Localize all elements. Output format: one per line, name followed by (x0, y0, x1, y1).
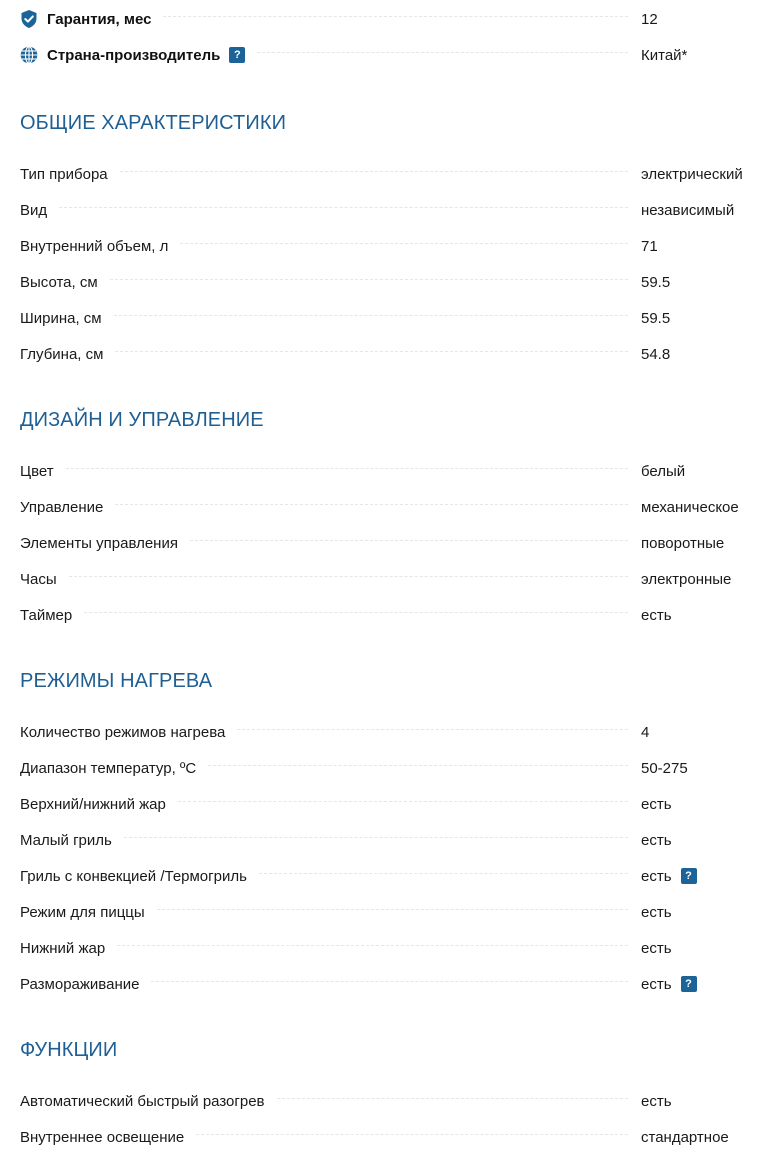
spec-row: Малый грильесть (20, 822, 762, 858)
spec-value: механическое (641, 499, 739, 516)
spec-value-text: 59.5 (641, 274, 670, 291)
spec-value-text: стандартное (641, 1129, 729, 1146)
spec-value: электрический (641, 166, 743, 183)
spec-value: 71 (641, 238, 658, 255)
spec-value-text: электронные (641, 571, 731, 588)
spec-value: есть (641, 1093, 672, 1110)
spec-value-text: есть (641, 976, 672, 993)
spec-value-text: есть (641, 940, 672, 957)
spec-row: Режим для пиццыесть (20, 894, 762, 930)
section-design-controls: ДИЗАЙН И УПРАВЛЕНИЕЦветбелыйУправлениеме… (20, 405, 762, 435)
dotted-leader (59, 207, 628, 208)
spec-value: электронные (641, 571, 731, 588)
dotted-leader (196, 1134, 628, 1135)
dotted-leader (178, 801, 628, 802)
spec-row: Гриль с конвекцией /Термогрильесть? (20, 858, 762, 894)
spec-label: Страна-производитель (47, 47, 220, 64)
spec-label: Часы (20, 571, 57, 588)
spec-value-text: независимый (641, 202, 734, 219)
spec-value-text: есть (641, 832, 672, 849)
dotted-leader (69, 576, 628, 577)
spec-label: Таймер (20, 607, 72, 624)
section-title: РЕЖИМЫ НАГРЕВА (20, 666, 762, 696)
dotted-leader (151, 981, 628, 982)
dotted-leader (115, 351, 628, 352)
spec-label: Внутреннее освещение (20, 1129, 184, 1146)
spec-value-text: 4 (641, 724, 649, 741)
section-title: ДИЗАЙН И УПРАВЛЕНИЕ (20, 405, 762, 435)
spec-label: Внутренний объем, л (20, 238, 168, 255)
dotted-leader (237, 729, 628, 730)
spec-row: Диапазон температур, ºС50-275 (20, 750, 762, 786)
dotted-leader (180, 243, 628, 244)
spec-row: Внутренний объем, л71 (20, 228, 762, 264)
spec-label: Ширина, см (20, 310, 102, 327)
spec-value: поворотные (641, 535, 724, 552)
spec-value-text: 54.8 (641, 346, 670, 363)
spec-row: Таймересть (20, 597, 762, 633)
spec-value: 59.5 (641, 274, 670, 291)
spec-row: Элементы управленияповоротные (20, 525, 762, 561)
spec-row: Высота, см59.5 (20, 264, 762, 300)
spec-value: есть? (641, 868, 697, 885)
spec-row: Количество режимов нагрева4 (20, 714, 762, 750)
spec-value-text: есть (641, 868, 672, 885)
spec-value-text: Китай* (641, 47, 687, 64)
spec-value-text: есть (641, 796, 672, 813)
spec-value-text: механическое (641, 499, 739, 516)
spec-value: 50-275 (641, 760, 688, 777)
spec-label: Элементы управления (20, 535, 178, 552)
spec-value: есть (641, 607, 672, 624)
spec-row: Часыэлектронные (20, 561, 762, 597)
spec-value-text: есть (641, 904, 672, 921)
spec-value-text: 50-275 (641, 760, 688, 777)
section-title: ОБЩИЕ ХАРАКТЕРИСТИКИ (20, 108, 762, 138)
spec-value-text: 12 (641, 11, 658, 28)
spec-value-text: есть (641, 1093, 672, 1110)
spec-row: Ширина, см59.5 (20, 300, 762, 336)
dotted-leader (114, 315, 628, 316)
spec-label: Гриль с конвекцией /Термогриль (20, 868, 247, 885)
spec-value-text: есть (641, 607, 672, 624)
spec-label: Диапазон температур, ºС (20, 760, 196, 777)
dotted-leader (84, 612, 628, 613)
dotted-leader (115, 504, 628, 505)
spec-row: Верхний/нижний жаресть (20, 786, 762, 822)
spec-value: независимый (641, 202, 734, 219)
dotted-leader (208, 765, 628, 766)
spec-row: Нижний жаресть (20, 930, 762, 966)
dotted-leader (259, 873, 628, 874)
spec-value: Китай* (641, 47, 687, 64)
spec-row: Внутреннее освещениестандартное (20, 1119, 762, 1155)
dotted-leader (66, 468, 628, 469)
spec-label: Тип прибора (20, 166, 108, 183)
spec-label: Глубина, см (20, 346, 103, 363)
spec-label: Количество режимов нагрева (20, 724, 225, 741)
spec-label: Вид (20, 202, 47, 219)
spec-value: есть (641, 940, 672, 957)
spec-value-text: 59.5 (641, 310, 670, 327)
spec-row: Размораживаниеесть? (20, 966, 762, 1002)
spec-value: есть? (641, 976, 697, 993)
spec-label: Автоматический быстрый разогрев (20, 1093, 265, 1110)
dotted-leader (124, 837, 628, 838)
spec-value: есть (641, 832, 672, 849)
section-general: ОБЩИЕ ХАРАКТЕРИСТИКИТип прибораэлектриче… (20, 108, 762, 138)
help-icon[interactable]: ? (229, 47, 245, 63)
dotted-leader (120, 171, 628, 172)
spec-row: Виднезависимый (20, 192, 762, 228)
dotted-leader (110, 279, 628, 280)
dotted-leader (277, 1098, 628, 1099)
section-functions: ФУНКЦИИАвтоматический быстрый разогревес… (20, 1035, 762, 1065)
spec-row: Тип прибораэлектрический (20, 156, 762, 192)
spec-label: Управление (20, 499, 103, 516)
spec-label: Высота, см (20, 274, 98, 291)
spec-value: стандартное (641, 1129, 729, 1146)
spec-row: Управлениемеханическое (20, 489, 762, 525)
spec-value: есть (641, 904, 672, 921)
spec-label: Нижний жар (20, 940, 105, 957)
dotted-leader (190, 540, 628, 541)
spec-label: Гарантия, мес (47, 11, 151, 28)
dotted-leader (257, 52, 628, 53)
spec-value-text: поворотные (641, 535, 724, 552)
spec-value: 59.5 (641, 310, 670, 327)
spec-row: Цветбелый (20, 453, 762, 489)
help-icon[interactable]: ? (681, 868, 697, 884)
dotted-leader (163, 16, 628, 17)
spec-row: Автоматический быстрый разогревесть (20, 1083, 762, 1119)
dotted-leader (157, 909, 628, 910)
spec-value: 54.8 (641, 346, 670, 363)
spec-value: белый (641, 463, 685, 480)
section-title: ФУНКЦИИ (20, 1035, 762, 1065)
help-icon[interactable]: ? (681, 976, 697, 992)
spec-value: 4 (641, 724, 649, 741)
shield-check-icon (20, 10, 38, 28)
spec-value-text: белый (641, 463, 685, 480)
section-heating-modes: РЕЖИМЫ НАГРЕВАКоличество режимов нагрева… (20, 666, 762, 696)
spec-value-text: электрический (641, 166, 743, 183)
spec-value: 12 (641, 11, 658, 28)
spec-row-warranty: Гарантия, мес 12 (20, 1, 762, 37)
spec-label: Цвет (20, 463, 54, 480)
spec-label: Режим для пиццы (20, 904, 145, 921)
globe-icon (20, 46, 38, 64)
spec-value-text: 71 (641, 238, 658, 255)
spec-value: есть (641, 796, 672, 813)
dotted-leader (117, 945, 628, 946)
spec-label: Верхний/нижний жар (20, 796, 166, 813)
spec-row: Глубина, см54.8 (20, 336, 762, 372)
spec-row-country: Страна-производитель ? Китай* (20, 37, 762, 73)
spec-label: Размораживание (20, 976, 139, 993)
spec-label: Малый гриль (20, 832, 112, 849)
